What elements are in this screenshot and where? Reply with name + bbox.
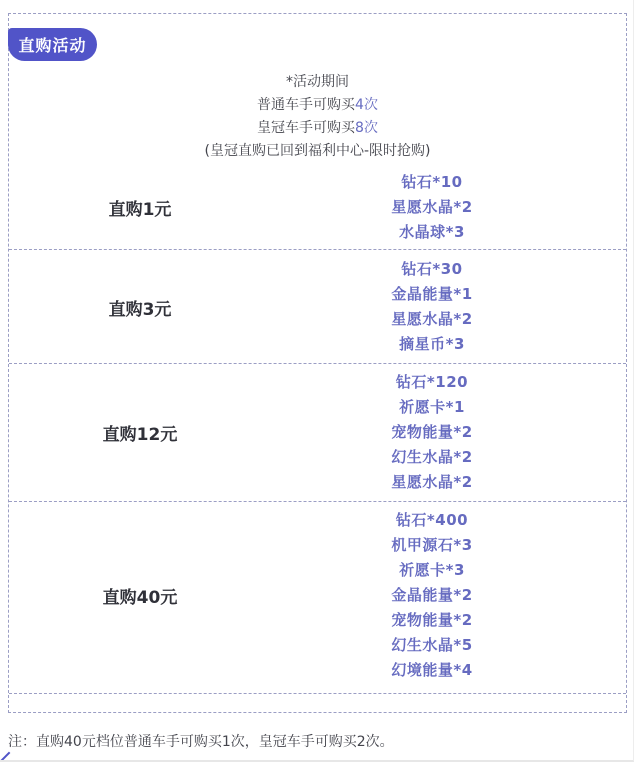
tier-rewards-list: 钻石*30 金晶能量*1 星愿水晶*2 摘星币*3: [271, 257, 593, 357]
reward-item: 祈愿卡*3: [271, 558, 593, 583]
reward-item: 星愿水晶*2: [271, 470, 593, 495]
next-section-badge-corner: [0, 752, 10, 762]
reward-item: 金晶能量*1: [271, 282, 593, 307]
tier-row-2: 直购3元 钻石*30 金晶能量*1 星愿水晶*2 摘星币*3: [9, 250, 626, 364]
tier-price-label: 直购1元: [9, 195, 271, 220]
reward-item: 金晶能量*2: [271, 583, 593, 608]
reward-item: 宠物能量*2: [271, 420, 593, 445]
tier-rewards-list: 钻石*120 祈愿卡*1 宠物能量*2 幻生水晶*2 星愿水晶*2: [271, 370, 593, 495]
reward-item: 钻石*400: [271, 508, 593, 533]
reward-item: 幻生水晶*2: [271, 445, 593, 470]
reward-item: 星愿水晶*2: [271, 195, 593, 220]
reward-item: 宠物能量*2: [271, 608, 593, 633]
reward-item: 星愿水晶*2: [271, 307, 593, 332]
tier-row-4: 直购40元 钻石*400 机甲源石*3 祈愿卡*3 金晶能量*2 宠物能量*2 …: [9, 502, 626, 694]
reward-item: 摘星币*3: [271, 332, 593, 357]
reward-item: 水晶球*3: [271, 220, 593, 245]
reward-item: 钻石*30: [271, 257, 593, 282]
tier-rewards-list: 钻石*400 机甲源石*3 祈愿卡*3 金晶能量*2 宠物能量*2 幻生水晶*5…: [271, 508, 593, 683]
tier-table: 直购1元 钻石*10 星愿水晶*2 水晶球*3 直购3元 钻石*30 金晶能量*…: [9, 170, 626, 694]
promo-article: { "colors": { "accent": "#5154c8", "rewa…: [0, 0, 634, 762]
direct-purchase-panel: 直购活动 *活动期间 普通车手可购买4次 皇冠车手可购买8次 (皇冠直购已回到福…: [8, 13, 627, 713]
tier-row-1: 直购1元 钻石*10 星愿水晶*2 水晶球*3: [9, 170, 626, 250]
intro-line: *活动期间: [9, 71, 626, 94]
tier-row-3: 直购12元 钻石*120 祈愿卡*1 宠物能量*2 幻生水晶*2 星愿水晶*2: [9, 364, 626, 502]
reward-item: 幻境能量*4: [271, 658, 593, 683]
tier-rewards-list: 钻石*10 星愿水晶*2 水晶球*3: [271, 170, 593, 245]
section-title-badge: 直购活动: [8, 28, 97, 61]
reward-item: 机甲源石*3: [271, 533, 593, 558]
footnote: 注：直购40元档位普通车手可购买1次，皇冠车手可购买2次。: [8, 731, 394, 751]
intro-line: 皇冠车手可购买8次: [9, 117, 626, 140]
reward-item: 钻石*120: [271, 370, 593, 395]
reward-item: 祈愿卡*1: [271, 395, 593, 420]
purchase-count-normal: 4次: [355, 97, 378, 113]
tier-price-label: 直购12元: [9, 420, 271, 445]
reward-item: 钻石*10: [271, 170, 593, 195]
tier-price-label: 直购40元: [9, 583, 271, 608]
activity-intro: *活动期间 普通车手可购买4次 皇冠车手可购买8次 (皇冠直购已回到福利中心-限…: [9, 71, 626, 163]
intro-line: (皇冠直购已回到福利中心-限时抢购): [9, 140, 626, 163]
intro-line: 普通车手可购买4次: [9, 94, 626, 117]
section-title: 直购活动: [18, 33, 86, 56]
reward-item: 幻生水晶*5: [271, 633, 593, 658]
tier-price-label: 直购3元: [9, 295, 271, 320]
purchase-count-crown: 8次: [355, 120, 378, 136]
